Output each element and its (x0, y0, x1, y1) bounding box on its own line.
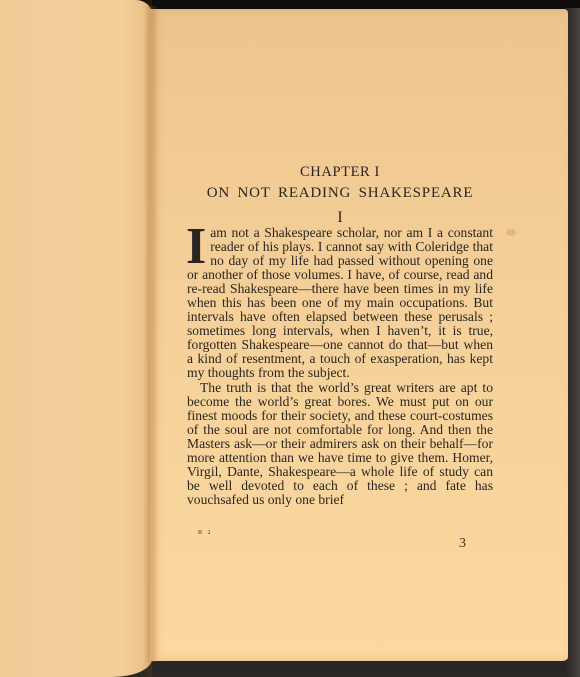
body-text: Iam not a Shakespeare scholar, nor am I … (187, 226, 493, 507)
page-number: 3 (459, 536, 466, 552)
chapter-label: CHAPTER I (187, 164, 493, 181)
left-page-blank (0, 0, 152, 677)
signature-mark: B 2 (198, 530, 213, 536)
paragraph-1: Iam not a Shakespeare scholar, nor am I … (187, 226, 493, 381)
paragraph-1-text: am not a Shakespeare scholar, nor am I a… (187, 225, 493, 380)
paragraph-2: The truth is that the world’s great writ… (187, 381, 493, 507)
chapter-title: ON NOT READING SHAKESPEARE (187, 185, 493, 202)
book-cover-edge (566, 8, 580, 677)
drop-cap: I (186, 228, 206, 268)
right-page: CHAPTER I ON NOT READING SHAKESPEARE I I… (150, 9, 568, 661)
book-photo: CHAPTER I ON NOT READING SHAKESPEARE I I… (0, 0, 580, 677)
gutter-shadow (145, 6, 159, 662)
